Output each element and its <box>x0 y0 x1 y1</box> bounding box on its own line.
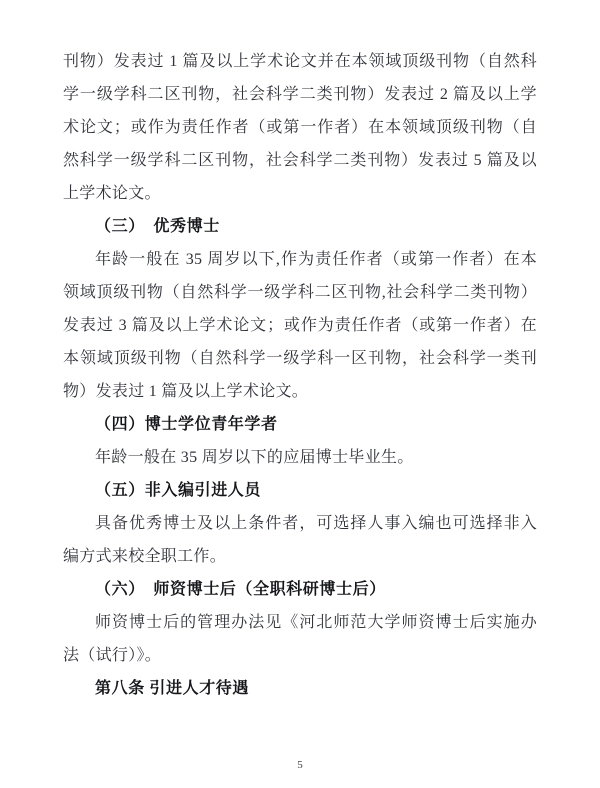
text-line: 年龄一般在 35 周岁以下,作为责任作者（或第一作者）在本 <box>63 243 537 276</box>
document-page: 刊物）发表过 1 篇及以上学术论文并在本领域顶级刊物（自然科学一级学科二区刊物，… <box>0 0 600 788</box>
text-line: 物）发表过 1 篇及以上学术论文。 <box>63 375 537 408</box>
text-line: 然科学一级学科二区刊物，社会科学二类刊物）发表过 5 篇及以 <box>63 144 537 177</box>
text-line: 师资博士后的管理办法见《河北师范大学师资博士后实施办 <box>63 606 537 639</box>
text-line: 学一级学科二区刊物，社会科学二类刊物）发表过 2 篇及以上学 <box>63 78 537 111</box>
section-heading: （六） 师资博士后（全职科研博士后） <box>63 573 537 606</box>
page-number: 5 <box>0 759 600 771</box>
section-heading: （三） 优秀博士 <box>63 210 537 243</box>
section-heading: （四）博士学位青年学者 <box>63 408 537 441</box>
document-body: 刊物）发表过 1 篇及以上学术论文并在本领域顶级刊物（自然科学一级学科二区刊物，… <box>63 45 537 705</box>
text-line: 具备优秀博士及以上条件者，可选择人事入编也可选择非入 <box>63 507 537 540</box>
text-line: 本领域顶级刊物（自然科学一级学科一区刊物，社会科学一类刊 <box>63 342 537 375</box>
text-line: 编方式来校全职工作。 <box>63 540 537 573</box>
section-heading: 第八条 引进人才待遇 <box>63 672 537 705</box>
text-line: 领域顶级刊物（自然科学一级学科二区刊物,社会科学二类刊物） <box>63 276 537 309</box>
text-line: 发表过 3 篇及以上学术论文；或作为责任作者（或第一作者）在 <box>63 309 537 342</box>
text-line: 术论文；或作为责任作者（或第一作者）在本领域顶级刊物（自 <box>63 111 537 144</box>
text-line: 刊物）发表过 1 篇及以上学术论文并在本领域顶级刊物（自然科 <box>63 45 537 78</box>
text-line: 法（试行）》。 <box>63 639 537 672</box>
section-heading: （五）非入编引进人员 <box>63 474 537 507</box>
text-line: 上学术论文。 <box>63 177 537 210</box>
text-line: 年龄一般在 35 周岁以下的应届博士毕业生。 <box>63 441 537 474</box>
